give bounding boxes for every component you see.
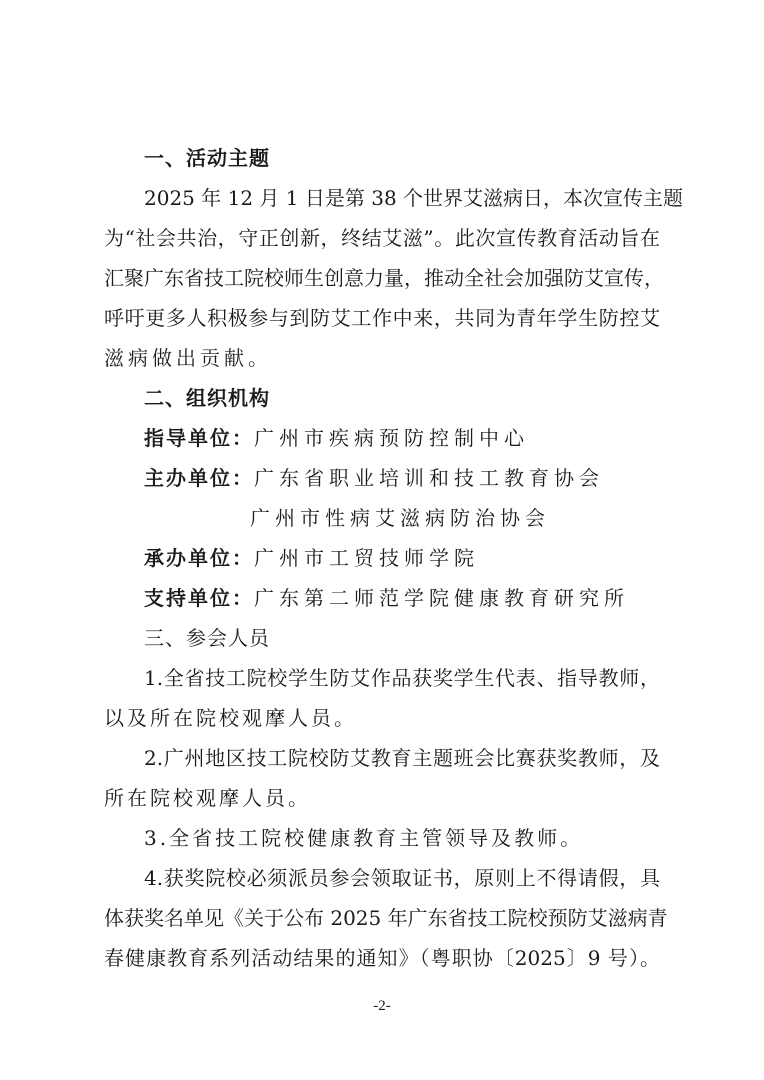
section-heading-participants: 三、参会人员	[104, 618, 660, 658]
org-value: 广州市疾病预防控制中心	[254, 426, 529, 450]
section-heading-organization: 二、组织机构	[104, 378, 660, 418]
section-heading-theme: 一、活动主题	[104, 138, 660, 178]
org-value: 广东第二师范学院健康教育研究所	[254, 586, 629, 610]
paragraph-line: 滋病做出贡献。	[104, 338, 660, 378]
org-value: 广州市性病艾滋病防治协会	[250, 506, 550, 530]
org-label: 指导单位：	[144, 426, 254, 450]
org-row-host-2: 广州市性病艾滋病防治协会	[104, 498, 660, 538]
org-label: 主办单位：	[144, 466, 254, 490]
org-label: 承办单位：	[144, 546, 254, 570]
paragraph-line: 汇聚广东省技工院校师生创意力量，推动全社会加强防艾宣传，	[104, 258, 660, 298]
paragraph-line: 为“社会共治，守正创新，终结艾滋”。此次宣传教育活动旨在	[104, 218, 660, 258]
page-number: -2-	[0, 998, 764, 1015]
org-row-support: 支持单位：广东第二师范学院健康教育研究所	[104, 578, 660, 618]
org-row-host: 主办单位：广东省职业培训和技工教育协会	[104, 458, 660, 498]
org-row-organizer: 承办单位：广州市工贸技师学院	[104, 538, 660, 578]
paragraph-line: 春健康教育系列活动结果的通知》（粤职协〔2025〕9 号）。	[104, 938, 660, 978]
paragraph-line: 2.广州地区技工院校防艾教育主题班会比赛获奖教师，及	[104, 738, 660, 778]
org-value: 广州市工贸技师学院	[254, 546, 479, 570]
paragraph-line: 4.获奖院校必须派员参会领取证书，原则上不得请假，具	[104, 858, 660, 898]
org-row-guidance: 指导单位：广州市疾病预防控制中心	[104, 418, 660, 458]
org-value: 广东省职业培训和技工教育协会	[254, 466, 604, 490]
paragraph-line: 呼吁更多人积极参与到防艾工作中来，共同为青年学生防控艾	[104, 298, 660, 338]
paragraph-line: 所在院校观摩人员。	[104, 778, 660, 818]
paragraph-line: 3.全省技工院校健康教育主管领导及教师。	[104, 818, 660, 858]
paragraph-line: 1.全省技工院校学生防艾作品获奖学生代表、指导教师，	[104, 658, 660, 698]
paragraph-line: 2025 年 12 月 1 日是第 38 个世界艾滋病日，本次宣传主题	[104, 178, 660, 218]
document-page: 一、活动主题 2025 年 12 月 1 日是第 38 个世界艾滋病日，本次宣传…	[104, 138, 660, 978]
paragraph-line: 体获奖名单见《关于公布 2025 年广东省技工院校预防艾滋病青	[104, 898, 660, 938]
paragraph-line: 以及所在院校观摩人员。	[104, 698, 660, 738]
org-label: 支持单位：	[144, 586, 254, 610]
